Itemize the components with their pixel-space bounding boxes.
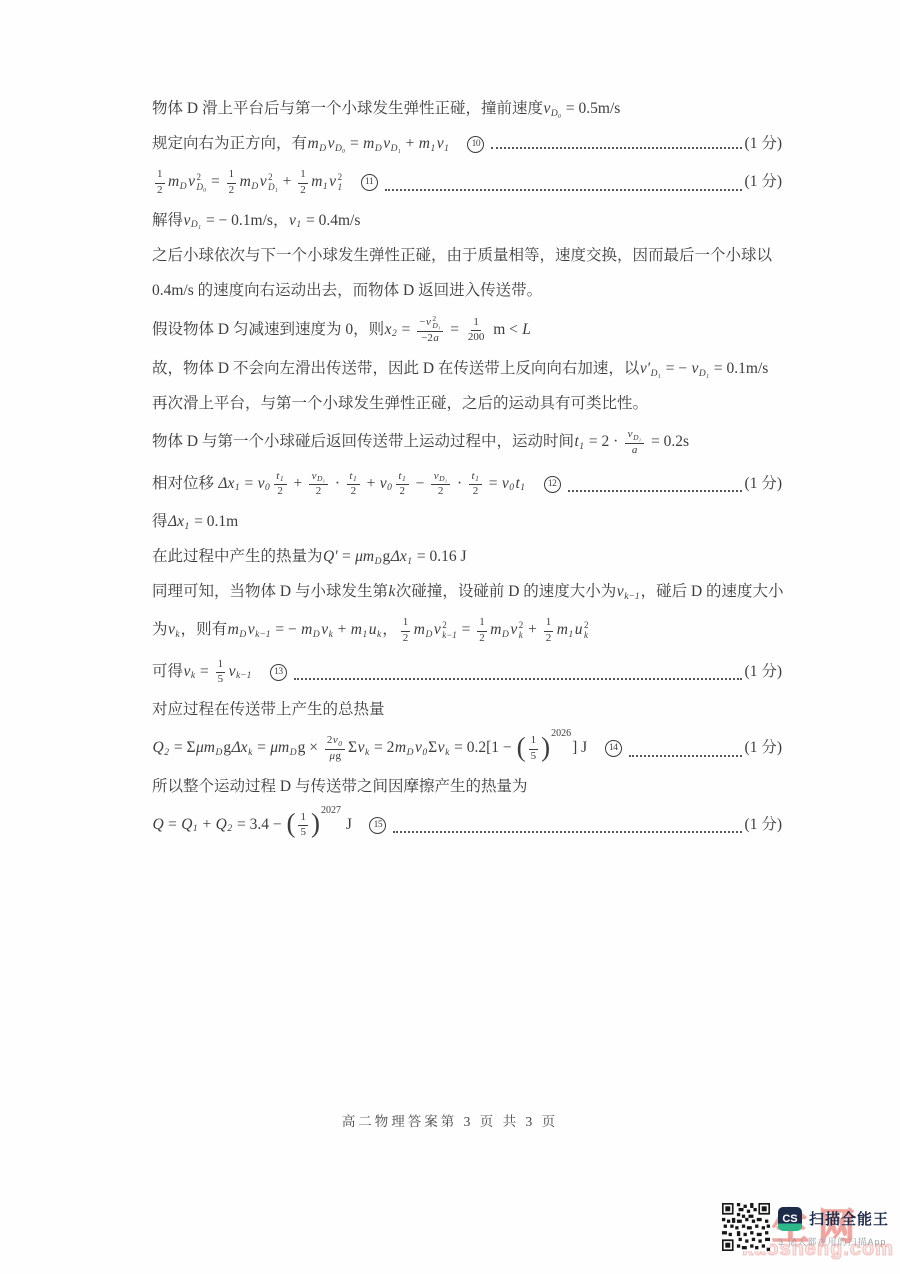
math-subscript: D₀ [335, 143, 345, 156]
math-variable: m [239, 172, 251, 193]
math-subscript: 1 [280, 474, 284, 483]
sup-sub-stack: 2k [584, 621, 589, 640]
math-subscript: 0 [265, 482, 270, 495]
text-run: = 0.2[1 − [450, 738, 515, 759]
answer-line-16: 可得vk = 15vk−1 13(1 分) [152, 658, 782, 688]
text-run: = − [272, 620, 301, 641]
math-subscript: D [215, 747, 222, 760]
text-run: ， [382, 620, 398, 641]
text-run: = 0.2s [647, 432, 689, 453]
circled-step-number: 10 [467, 136, 484, 153]
math-variable: v [288, 211, 296, 232]
text-run: −2 [421, 332, 433, 346]
math-subscript: D [319, 143, 326, 156]
text-run: = [458, 620, 475, 641]
math-variable: m [350, 620, 362, 641]
text-run: 1 [546, 616, 552, 630]
math-variable: v [183, 662, 191, 683]
math-variable: v [168, 620, 176, 641]
text-run: 2 [351, 485, 357, 499]
sup-sub-stack: 2D₀ [196, 173, 206, 192]
fraction: 1200 [466, 316, 487, 346]
answer-line-4: 解得vD₁ = − 0.1m/s，v1 = 0.4m/s [152, 210, 782, 233]
math-variable: v [228, 662, 236, 683]
math-variable: Δx [231, 738, 248, 759]
text-run: + [199, 815, 216, 836]
parenthesized-fraction-power: (15)2026 [517, 734, 572, 764]
text-run: + [334, 620, 351, 641]
text-run: 1 [218, 658, 224, 672]
math-variable: v [247, 620, 255, 641]
text-run: 200 [468, 331, 485, 345]
math-subscript: 0 [387, 482, 392, 495]
text-run: + [279, 172, 296, 193]
math-variable: v [329, 172, 337, 193]
answer-line-15: 为vk，则有mDvk−1 = − mDvk + m1uk，12mDv2k−1 =… [152, 616, 782, 646]
math-subscript: 1 [323, 181, 328, 194]
math-subscript: 1 [185, 521, 190, 534]
math-variable: v [257, 474, 265, 495]
math-subscript: 1 [568, 629, 573, 642]
answer-line-5: 之后小球依次与下一个小球发生弹性正碰，由于质量相等，速度交换，因而最后一个小球以 [152, 245, 782, 268]
sup-sub-stack: 21 [338, 173, 343, 192]
math-subscript: D [425, 629, 432, 642]
text-run: g × [298, 738, 322, 759]
math-subscript: D₁ [191, 219, 201, 232]
math-variable: x [384, 320, 392, 341]
math-subscript: 1 [363, 629, 368, 642]
score-label: (1 分) [745, 738, 782, 759]
math-subscript: D [290, 747, 297, 760]
math-variable: v [321, 620, 329, 641]
score-label: (1 分) [745, 815, 782, 836]
math-variable: Δx [390, 547, 407, 568]
text-run: 之后小球依次与下一个小球发生弹性正碰，由于质量相等，速度交换，因而最后一个小球以 [152, 246, 772, 267]
text-run: ，则有 [181, 620, 228, 641]
text-run: ，碰后 D 的速度大小 [641, 582, 784, 603]
math-subscript: k [175, 629, 179, 642]
answer-line-10: 物体 D 与第一个小球碰后返回传送带上运动过程中，运动时间t1 = 2 · vD… [152, 428, 782, 458]
text-run: 同理可知，当物体 D 与小球发生第 [152, 582, 388, 603]
math-subscript: 1 [579, 441, 584, 454]
text-run: 得 [152, 512, 168, 533]
text-run: 5 [218, 673, 224, 687]
math-variable: m [168, 172, 180, 193]
math-variable: Q [215, 815, 227, 836]
text-run: 物体 D 滑上平台后与第一个小球发生弹性正碰，撞前速度 [152, 99, 543, 120]
answer-line-13: 在此过程中产生的热量为Q′ = μmDgΔx1 = 0.16 J [152, 546, 782, 569]
text-run: 2 [316, 485, 322, 499]
score-label: (1 分) [745, 474, 782, 495]
answer-line-8: 故，物体 D 不会向左滑出传送带，因此 D 在传送带上反向向右加速，以v′D₁ … [152, 358, 782, 381]
qr-code-icon [722, 1203, 770, 1251]
text-run: 2 [546, 632, 552, 646]
math-subscript: D [313, 629, 320, 642]
math-subscript: D₁ [317, 474, 325, 483]
text-run: 1 [403, 616, 409, 630]
math-variable: m [307, 134, 319, 155]
text-run: = Σ [170, 738, 196, 759]
math-subscript: 0 [422, 747, 427, 760]
math-subscript: k−1 [236, 670, 251, 683]
sup-sub-stack: 2D₁ [432, 315, 440, 331]
math-subscript: D [251, 181, 258, 194]
text-run: = [346, 134, 363, 155]
scanner-tagline: 3 亿人都在用的扫描App [778, 1235, 889, 1248]
math-subscript: k [248, 747, 252, 760]
text-run: = [207, 172, 224, 193]
text-run: 相对位移 [152, 474, 218, 495]
circled-step-number: 12 [544, 476, 561, 493]
fraction: vD₁2 [309, 470, 328, 500]
text-run: = 2 [370, 738, 394, 759]
fraction: 12 [544, 616, 554, 646]
text-run: 解得 [152, 211, 183, 232]
math-variable: μm [355, 547, 375, 568]
fraction: t12 [396, 470, 409, 500]
math-variable: v [543, 99, 551, 120]
text-run: = [164, 815, 181, 836]
text-run: 故，物体 D 不会向左滑出传送带，因此 D 在传送带上反向向右加速，以 [152, 359, 639, 380]
text-run: 在此过程中产生的热量为 [152, 547, 323, 568]
text-run: = − [662, 359, 691, 380]
text-run: ] J [572, 738, 603, 759]
scanner-watermark: CS 扫描全能王 3 亿人都在用的扫描App [722, 1203, 889, 1251]
math-variable: Q [181, 815, 193, 836]
text-run: = [253, 738, 270, 759]
math-subscript: k−1 [255, 629, 270, 642]
fraction: 15 [216, 658, 226, 688]
math-subscript: D₁ [633, 433, 641, 442]
text-run: · [331, 474, 344, 495]
fraction: t12 [347, 470, 360, 500]
math-variable: v [357, 738, 365, 759]
text-run: g [223, 738, 231, 759]
math-subscript: 1 [193, 823, 198, 836]
text-run: 次碰撞，设碰前 D 的速度大小为 [396, 582, 616, 603]
math-variable: L [522, 320, 532, 341]
math-subscript: D₁ [391, 143, 401, 156]
circled-step-number: 13 [270, 664, 287, 681]
circled-step-number: 14 [605, 740, 622, 757]
fraction: −v2D₁−2a [417, 315, 443, 347]
math-subscript: k [377, 629, 381, 642]
answer-line-3: 12mDv2D₀ = 12mDv2D₁ + 12m1v21 11(1 分) [152, 168, 782, 198]
fraction: t12 [274, 470, 287, 500]
text-run [450, 134, 466, 155]
text-run: − [412, 474, 429, 495]
text-run: 对应过程在传送带上产生的总热量 [152, 700, 385, 721]
text-run: Σ [348, 738, 357, 759]
math-variable: Q′ [323, 547, 339, 568]
circled-step-number: 11 [361, 174, 378, 191]
text-run: 2 [479, 632, 485, 646]
math-variable: m [413, 620, 425, 641]
fraction: vD₁2 [431, 470, 450, 500]
math-subscript: D [180, 181, 187, 194]
text-run: g [382, 547, 390, 568]
text-run: 2 [403, 632, 409, 646]
answer-line-7: 假设物体 D 匀减速到速度为 0，则x2 = −v2D₁−2a = 1200 m… [152, 315, 782, 347]
circled-step-number: 15 [369, 817, 386, 834]
text-run: = 3.4 − [233, 815, 285, 836]
math-subscript: k−1 [624, 591, 639, 604]
math-subscript: 1 [353, 474, 357, 483]
math-variable: v [379, 474, 387, 495]
text-run: = 0.1m/s [710, 359, 768, 380]
math-subscript: D [375, 556, 382, 569]
text-run: = 0.1m [190, 512, 238, 533]
fraction: 12 [227, 168, 237, 198]
math-variable: v [501, 474, 509, 495]
math-subscript: 0 [509, 482, 514, 495]
sup-sub-stack: 2k−1 [442, 621, 457, 640]
text-run: 2 [473, 485, 479, 499]
score-label: (1 分) [745, 172, 782, 193]
text-run: = [338, 547, 355, 568]
text-run: 2 [400, 485, 406, 499]
answer-line-14: 同理可知，当物体 D 与小球发生第k次碰撞，设碰前 D 的速度大小为vk−1，碰… [152, 581, 782, 604]
math-subscript: 1 [475, 474, 479, 483]
text-run: 可得 [152, 662, 183, 683]
math-subscript: k [445, 747, 449, 760]
fraction: 12 [477, 616, 487, 646]
math-variable: μm [195, 738, 215, 759]
answer-line-11: 相对位移 Δx1 = v0t12 + vD₁2 · t12 + v0t12 − … [152, 470, 782, 500]
text-run: 再次滑上平台，与第一个小球发生弹性正碰，之后的运动具有可类比性。 [152, 394, 648, 415]
fraction: 2v0μg [325, 734, 345, 764]
fraction: 12 [401, 616, 411, 646]
math-subscript: D₀ [551, 108, 561, 121]
text-run: = [446, 320, 463, 341]
text-run: 2 [157, 184, 163, 198]
math-variable: v [510, 620, 518, 641]
page-footer: 高二物理答案第 3 页 共 3 页 [0, 1110, 900, 1130]
text-run: 1 [229, 168, 235, 182]
text-run: 2 [229, 184, 235, 198]
parenthesized-fraction-power: (15)2027 [286, 811, 341, 841]
scanner-brand: CS 扫描全能王 3 亿人都在用的扫描App [778, 1207, 889, 1248]
answer-line-20: Q = Q1 + Q2 = 3.4 − (15)2027 J 15(1 分) [152, 811, 782, 841]
text-run: 0.4m/s 的速度向右运动出去，而物体 D 返回进入传送带。 [152, 281, 542, 302]
math-variable: v [327, 134, 335, 155]
math-subscript: 2 [164, 747, 169, 760]
math-variable: v [383, 134, 391, 155]
answer-line-1: 物体 D 滑上平台后与第一个小球发生弹性正碰，撞前速度vD₀ = 0.5m/s [152, 98, 782, 121]
math-variable: v [436, 134, 444, 155]
math-subscript: D [407, 747, 414, 760]
scanner-brand-name: 扫描全能王 [809, 1208, 889, 1229]
answer-line-18: Q2 = ΣμmDgΔxk = μmDg × 2v0μgΣvk = 2mDv0Σ… [152, 734, 782, 764]
math-variable: v [183, 211, 191, 232]
dotted-leader [629, 753, 742, 757]
math-subscript: 1 [407, 556, 412, 569]
fraction: 12 [298, 168, 308, 198]
text-run: 规定向右为正方向，有 [152, 134, 307, 155]
dotted-leader [385, 187, 742, 191]
math-variable: v [437, 738, 445, 759]
math-variable: v [433, 620, 441, 641]
math-subscript: D [375, 143, 382, 156]
score-label: (1 分) [745, 134, 782, 155]
math-variable: m [418, 134, 430, 155]
text-run: = 2 · [585, 432, 622, 453]
math-variable: m [363, 134, 375, 155]
math-variable: Δx [168, 512, 185, 533]
sup-sub-stack: 2D₁ [268, 173, 278, 192]
math-subscript: 0 [338, 739, 342, 748]
dotted-leader [568, 488, 742, 492]
math-variable: m [556, 620, 568, 641]
answer-line-19: 所以整个运动过程 D 与传送带之间因摩擦产生的热量为 [152, 776, 782, 799]
text-run: Σ [428, 738, 437, 759]
text-run: + [402, 134, 419, 155]
text-run: = [241, 474, 258, 495]
dotted-leader [393, 829, 741, 833]
math-subscript: k [191, 670, 195, 683]
math-variable: m [311, 172, 323, 193]
dotted-leader [491, 145, 741, 149]
text-run: = [485, 474, 502, 495]
text-run: m < [489, 320, 521, 341]
math-variable: Δx [218, 474, 235, 495]
math-variable: Q [152, 815, 164, 836]
fraction: 12 [155, 168, 165, 198]
text-run: + [524, 620, 541, 641]
text-run: 为 [152, 620, 168, 641]
text-run: = 0.4m/s [302, 211, 360, 232]
math-variable: m [227, 620, 239, 641]
math-subscript: 1 [444, 143, 449, 156]
text-run [343, 172, 359, 193]
math-subscript: 1 [520, 482, 525, 495]
text-run: 2 [277, 485, 283, 499]
text-run: g [335, 750, 341, 764]
math-variable: u [368, 620, 377, 641]
fraction: t12 [469, 470, 482, 500]
fraction: vD₁a [625, 428, 644, 458]
math-variable: v [259, 172, 267, 193]
math-variable: v [188, 172, 196, 193]
math-subscript: D₁ [651, 368, 661, 381]
text-run: 所以整个运动过程 D 与传送带之间因摩擦产生的热量为 [152, 777, 527, 798]
math-subscript: 1 [235, 482, 240, 495]
math-variable: v′ [639, 359, 650, 380]
text-run: 2 [438, 485, 444, 499]
math-subscript: D [502, 629, 509, 642]
text-run: + [290, 474, 307, 495]
scanned-answer-page: 物体 D 滑上平台后与第一个小球发生弹性正碰，撞前速度vD₀ = 0.5m/s规… [0, 0, 900, 1274]
math-subscript: D [239, 629, 246, 642]
text-run: = 0.16 J [413, 547, 467, 568]
text-run: · [453, 474, 466, 495]
math-variable: u [574, 620, 583, 641]
text-run: = − 0.1m/s， [202, 211, 288, 232]
math-subscript: 2 [392, 328, 397, 341]
text-run [252, 662, 268, 683]
text-run: = [398, 320, 415, 341]
score-label: (1 分) [745, 662, 782, 683]
text-run: 假设物体 D 匀减速到速度为 0，则 [152, 320, 384, 341]
sup-sub-stack: 2k [519, 621, 524, 640]
math-subscript: 1 [431, 143, 436, 156]
math-subscript: 2 [227, 823, 232, 836]
math-subscript: k [365, 747, 369, 760]
cs-logo-icon: CS [778, 1207, 802, 1231]
math-variable: Q [152, 738, 164, 759]
math-subscript: 1 [402, 474, 406, 483]
text-run [526, 474, 542, 495]
math-variable: a [631, 444, 638, 458]
text-run: J [342, 815, 367, 836]
text-run: 1 [157, 168, 163, 182]
answer-line-9: 再次滑上平台，与第一个小球发生弹性正碰，之后的运动具有可类比性。 [152, 393, 782, 416]
text-run: 1 [300, 168, 306, 182]
math-variable: m [301, 620, 313, 641]
answer-line-6: 0.4m/s 的速度向右运动出去，而物体 D 返回进入传送带。 [152, 280, 782, 303]
math-variable: v [415, 738, 423, 759]
math-subscript: D₁ [699, 368, 709, 381]
math-variable: m [490, 620, 502, 641]
answer-line-2: 规定向右为正方向，有mDvD₀ = mDvD₁ + m1v1 10(1 分) [152, 133, 782, 156]
dotted-leader [294, 676, 742, 680]
text-run: 2 [300, 184, 306, 198]
text-run: = [196, 662, 213, 683]
math-variable: k [388, 582, 396, 603]
math-variable: v [616, 582, 624, 603]
math-subscript: D₁ [439, 474, 447, 483]
math-subscript: 1 [296, 219, 301, 232]
math-variable: v [425, 316, 431, 330]
math-variable: μm [270, 738, 290, 759]
text-run: 1 [473, 316, 479, 330]
text-run: 物体 D 与第一个小球碰后返回传送带上运动过程中，运动时间 [152, 432, 574, 453]
text-run: + [363, 474, 380, 495]
math-variable: a [433, 332, 440, 346]
text-run: = 0.5m/s [562, 99, 620, 120]
math-variable: v [691, 359, 699, 380]
math-variable: m [394, 738, 406, 759]
text-run: 1 [479, 616, 485, 630]
math-subscript: k [329, 629, 333, 642]
answer-lines: 物体 D 滑上平台后与第一个小球发生弹性正碰，撞前速度vD₀ = 0.5m/s规… [152, 98, 782, 852]
answer-line-17: 对应过程在传送带上产生的总热量 [152, 699, 782, 722]
answer-line-12: 得Δx1 = 0.1m [152, 511, 782, 534]
